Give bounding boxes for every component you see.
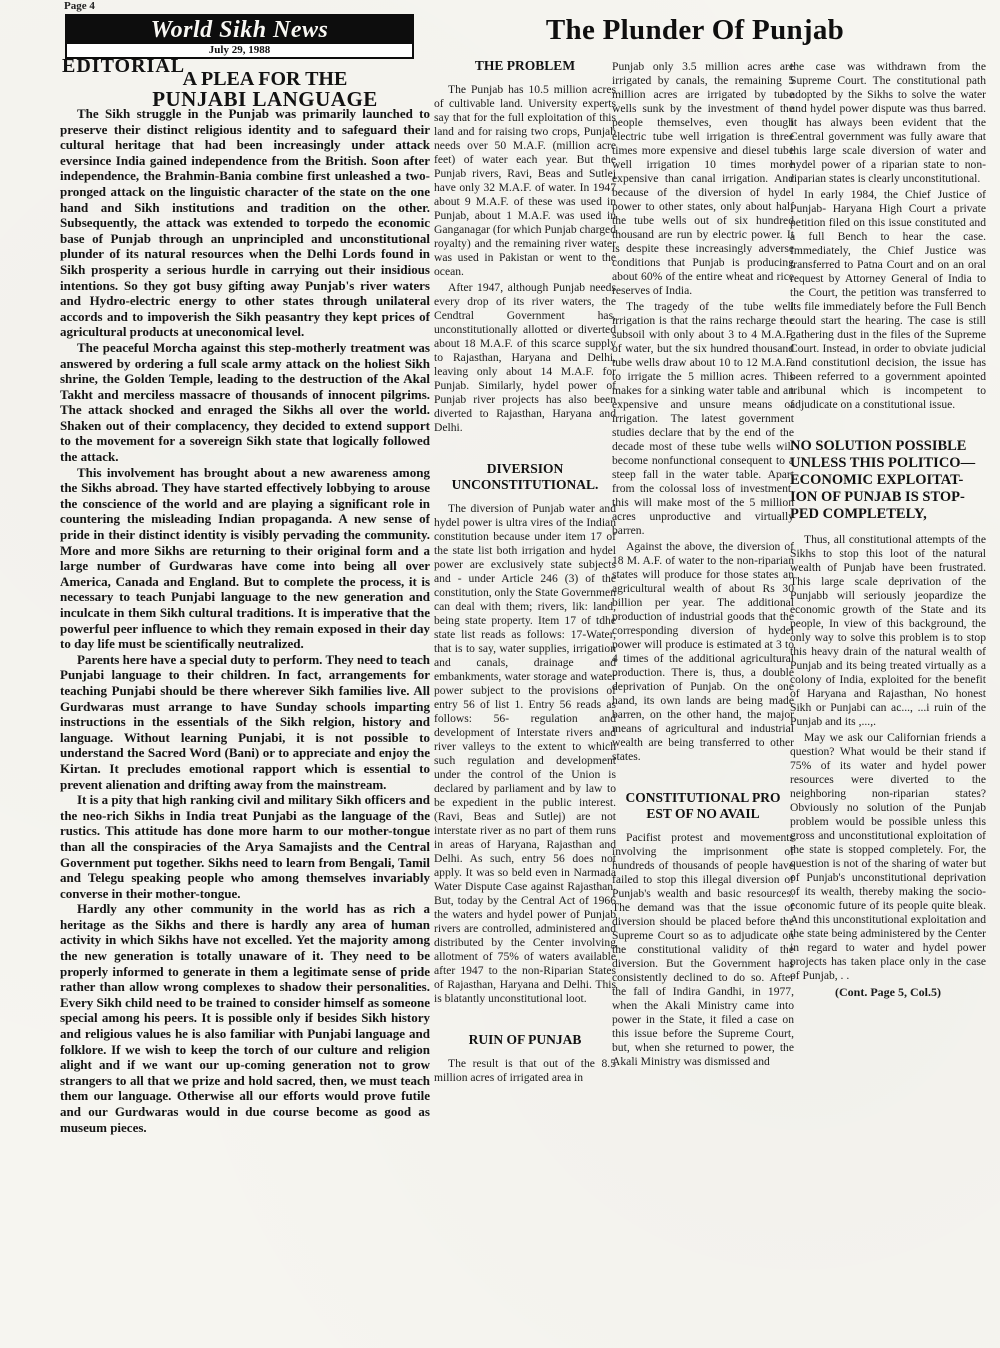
section-heading-the-problem: THE PROBLEM — [434, 58, 616, 74]
article-paragraph: The result is that out of the 8.5 millio… — [434, 1057, 616, 1085]
section-heading-line: PED COMPLETELY, — [790, 506, 986, 523]
editorial-paragraph: Parents here have a special duty to perf… — [60, 652, 430, 792]
editorial-title: A PLEA FOR THE PUNJABI LANGUAGE — [110, 69, 420, 110]
section-heading-line: ECONOMIC EXPLOITAT- — [790, 472, 986, 489]
article-column-1: THE PROBLEM The Punjab has 10.5 million … — [434, 58, 616, 1340]
section-heading-constitutional-protest: CONSTITUTIONAL PRO EST OF NO AVAIL — [612, 790, 794, 822]
masthead-title: World Sikh News — [67, 16, 412, 44]
article-paragraph-continued: Punjab only 3.5 million acres are irriga… — [612, 60, 794, 298]
section-heading-line: ION OF PUNJAB IS STOP- — [790, 489, 986, 506]
article-paragraph: Against the above, the diversion of 18 M… — [612, 540, 794, 764]
section-heading-no-solution: NO SOLUTION POSSIBLE UNLESS THIS POLITIC… — [790, 438, 986, 523]
article-paragraph: The tragedy of the tube well irrigation … — [612, 300, 794, 538]
page-number: Page 4 — [64, 0, 95, 12]
article-column-2: Punjab only 3.5 million acres are irriga… — [612, 60, 794, 1342]
article-paragraph-continued: the case was withdrawn from the Supreme … — [790, 60, 986, 186]
article-paragraph: May we ask our Californian friends a que… — [790, 731, 986, 983]
article-title: The Plunder Of Punjab — [530, 14, 860, 47]
article-paragraph: The diversion of Punjab water and hydel … — [434, 502, 616, 1006]
section-heading-line: CONSTITUTIONAL PRO — [612, 790, 794, 806]
editorial-paragraph: Hardly any other community in the world … — [60, 901, 430, 1135]
editorial-paragraph: The peaceful Morcha against this step-mo… — [60, 340, 430, 465]
editorial-paragraph: This involvement has brought about a new… — [60, 465, 430, 652]
editorial-title-line1: A PLEA FOR THE — [110, 69, 420, 89]
section-heading-ruin-of-punjab: RUIN OF PUNJAB — [434, 1032, 616, 1048]
editorial-paragraph: The Sikh struggle in the Punjab was prim… — [60, 106, 430, 340]
article-column-3: the case was withdrawn from the Supreme … — [790, 60, 986, 1342]
editorial-column: The Sikh struggle in the Punjab was prim… — [60, 106, 430, 1336]
article-paragraph: Pacifist protest and movements involving… — [612, 831, 794, 1069]
section-heading-line: EST OF NO AVAIL — [612, 806, 794, 822]
article-paragraph: After 1947, although Punjab needs every … — [434, 281, 616, 435]
section-heading-diversion-unconstitutional: DIVERSION UNCONSTITUTIONAL. — [434, 461, 616, 493]
section-heading-line: UNLESS THIS POLITICO— — [790, 455, 986, 472]
newspaper-page: Page 4 World Sikh News July 29, 1988 The… — [0, 0, 1000, 1348]
section-heading-line: NO SOLUTION POSSIBLE — [790, 438, 986, 455]
article-paragraph: Thus, all constitutional attempts of the… — [790, 533, 986, 729]
editorial-paragraph: It is a pity that high ranking civil and… — [60, 792, 430, 901]
masthead: World Sikh News July 29, 1988 — [65, 14, 414, 59]
article-paragraph: In early 1984, the Chief Justice of Punj… — [790, 188, 986, 412]
article-paragraph: The Punjab has 10.5 million acres of cul… — [434, 83, 616, 279]
continuation-note: (Cont. Page 5, Col.5) — [790, 985, 986, 999]
